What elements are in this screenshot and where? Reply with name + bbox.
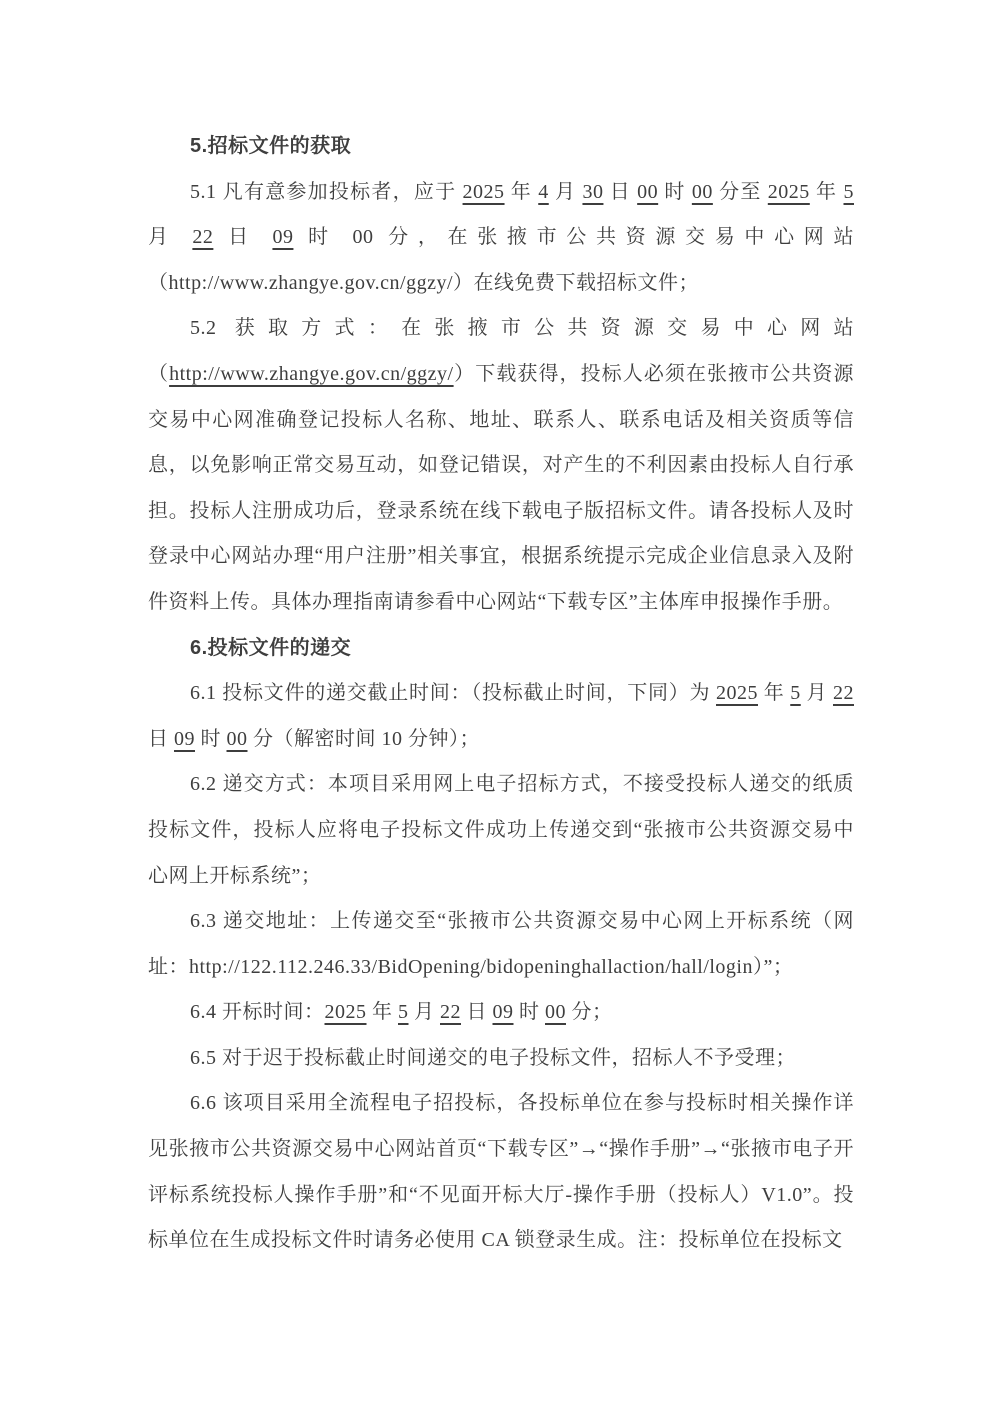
- document-page: 5.招标文件的获取5.1 凡有意参加投标者，应于 2025 年 4 月 30 日…: [0, 0, 1000, 1414]
- text-run: 时: [658, 181, 692, 203]
- paragraph: 6.4 开标时间：2025 年 5 月 22 日 09 时 00 分；: [148, 990, 854, 1036]
- underlined-text: 4: [538, 181, 549, 203]
- text-run: 日: [213, 226, 272, 248]
- text-run: 6.3 递交地址：上传递交至“张掖市公共资源交易中心网上开标系统（网址：http…: [148, 910, 854, 978]
- underlined-text: 2025: [716, 682, 758, 704]
- text-run: 年: [758, 682, 790, 704]
- text-run: 分至: [713, 181, 768, 203]
- paragraph: 6.3 递交地址：上传递交至“张掖市公共资源交易中心网上开标系统（网址：http…: [148, 899, 854, 990]
- text-run: 日: [148, 728, 174, 750]
- text-run: 分（解密时间 10 分钟）；: [248, 728, 481, 750]
- paragraph: 6.5 对于迟于投标截止时间递交的电子投标文件，招标人不予受理；: [148, 1036, 854, 1082]
- text-run: 6.1 投标文件的递交截止时间：（投标截止时间，下同）为: [190, 682, 716, 704]
- underlined-text: http://www.zhangye.gov.cn/ggzy/: [169, 363, 454, 385]
- underlined-text: 22: [833, 682, 854, 704]
- text-run: 6.6 该项目采用全流程电子招投标，各投标单位在参与投标时相关操作详见张掖市公共…: [148, 1092, 854, 1251]
- text-run: 月: [409, 1001, 441, 1023]
- text-run: 月: [549, 181, 583, 203]
- underlined-text: 00: [227, 728, 248, 750]
- underlined-text: 09: [493, 1001, 514, 1023]
- text-run: 年: [810, 181, 844, 203]
- underlined-text: 22: [440, 1001, 461, 1023]
- underlined-text: 30: [582, 181, 603, 203]
- underlined-text: 00: [637, 181, 658, 203]
- text-run: 分；: [566, 1001, 613, 1023]
- text-run: 6.投标文件的递交: [190, 637, 351, 659]
- underlined-text: 2025: [325, 1001, 367, 1023]
- underlined-text: 00: [545, 1001, 566, 1023]
- section-heading: 6.投标文件的递交: [148, 626, 854, 672]
- paragraph: 6.2 递交方式：本项目采用网上电子招标方式，不接受投标人递交的纸质投标文件，投…: [148, 762, 854, 899]
- underlined-text: 5: [844, 181, 855, 203]
- text-run: 日: [603, 181, 637, 203]
- text-run: 6.4 开标时间：: [190, 1001, 325, 1023]
- text-run: 时: [514, 1001, 546, 1023]
- paragraph: 5.1 凡有意参加投标者，应于 2025 年 4 月 30 日 00 时 00 …: [148, 170, 854, 307]
- underlined-text: 09: [272, 226, 293, 248]
- underlined-text: 5: [790, 682, 801, 704]
- text-run: 年: [505, 181, 539, 203]
- text-run: 5.招标文件的获取: [190, 135, 351, 157]
- underlined-text: 2025: [768, 181, 810, 203]
- text-run: 时: [195, 728, 227, 750]
- text-run: 日: [461, 1001, 493, 1023]
- paragraph: 6.6 该项目采用全流程电子招投标，各投标单位在参与投标时相关操作详见张掖市公共…: [148, 1081, 854, 1263]
- text-run: 6.5 对于迟于投标截止时间递交的电子投标文件，招标人不予受理；: [190, 1047, 796, 1069]
- document-body: 5.招标文件的获取5.1 凡有意参加投标者，应于 2025 年 4 月 30 日…: [148, 124, 854, 1264]
- underlined-text: 5: [398, 1001, 409, 1023]
- text-run: ）下载获得，投标人必须在张掖市公共资源交易中心网准确登记投标人名称、地址、联系人…: [148, 363, 854, 613]
- text-run: 6.2 递交方式：本项目采用网上电子招标方式，不接受投标人递交的纸质投标文件，投…: [148, 773, 854, 886]
- underlined-text: 22: [192, 226, 213, 248]
- section-heading: 5.招标文件的获取: [148, 124, 854, 170]
- text-run: 月: [801, 682, 833, 704]
- paragraph: 6.1 投标文件的递交截止时间：（投标截止时间，下同）为 2025 年 5 月 …: [148, 671, 854, 762]
- text-run: 月: [148, 226, 192, 248]
- paragraph: 5.2 获取方式：在张掖市公共资源交易中心网站（http://www.zhang…: [148, 306, 854, 625]
- underlined-text: 2025: [463, 181, 505, 203]
- underlined-text: 09: [174, 728, 195, 750]
- text-run: 年: [367, 1001, 399, 1023]
- text-run: 5.1 凡有意参加投标者，应于: [190, 181, 463, 203]
- underlined-text: 00: [692, 181, 713, 203]
